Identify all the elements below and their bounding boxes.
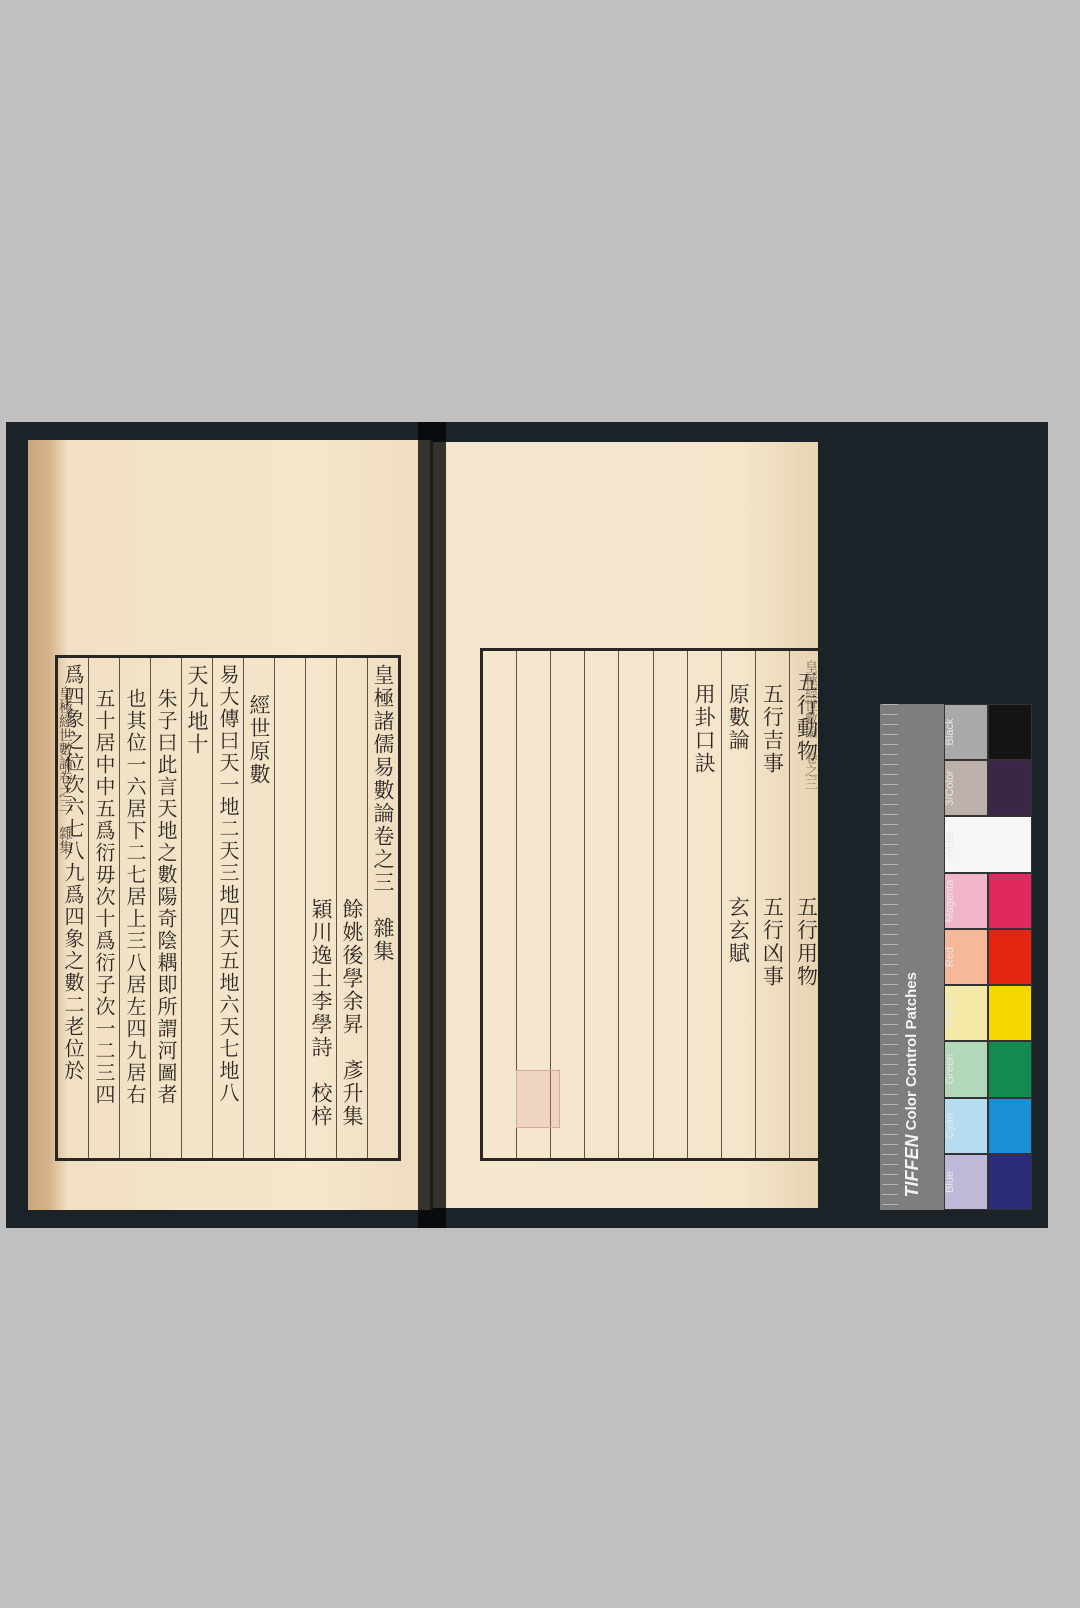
text-column: 天九地十 [181,658,212,1158]
text-column: 穎川逸士李學詩 校梓 [305,658,336,1158]
spine-shadow [418,422,446,1228]
text-column [274,658,305,1158]
toc-column: 五行吉事 五行凶事 [755,651,789,1158]
empty-column [483,651,516,1158]
seal-stamp [516,1070,560,1128]
patch-3color: 3/Color [944,760,1032,816]
empty-column [618,651,652,1158]
empty-column [584,651,618,1158]
chart-title: TIFFEN Color Control Patches [902,972,923,1198]
patch-green: Green [944,1041,1032,1097]
empty-column [653,651,687,1158]
toc-column: 用卦口訣 [687,651,721,1158]
patch-white: White [944,816,1032,872]
color-patches: Black 3/Color White Magenta Red Yellow G… [944,704,1032,1210]
text-column: 皇極諸儒易數論卷之三 雜集 [367,658,398,1158]
text-column: 五十居中中五爲衍毋次十爲衍子次一二三四 [88,658,119,1158]
text-column: 經世原數 [243,658,274,1158]
book-photograph: 皇極經世數論卷之三 雜集 皇極諸儒易數論卷之三 雜集 餘姚後學余昇 彥升集 穎川… [6,422,1048,1228]
patch-red: Red [944,929,1032,985]
patch-black: Black [944,704,1032,760]
right-fore-edge: 皇極經世數論 卷之三 [800,654,818,1154]
left-text-frame: 皇極諸儒易數論卷之三 雜集 餘姚後學余昇 彥升集 穎川逸士李學詩 校梓 經世原數… [55,655,401,1161]
patch-blue: Blue [944,1154,1032,1210]
ruler-ticks [882,704,898,1210]
centimetre-ruler: TIFFEN Color Control Patches [880,704,944,1210]
color-control-chart: TIFFEN Color Control Patches Black 3/Col… [874,684,1034,1214]
text-column: 朱子曰此言天地之數陽奇陰耦即所謂河圖者 [150,658,181,1158]
patch-cyan: Cyan [944,1098,1032,1154]
text-column: 易大傳曰天一地二天三地四天五地六天七地八 [212,658,243,1158]
patch-yellow: Yellow [944,985,1032,1041]
patch-magenta: Magenta [944,873,1032,929]
text-column: 餘姚後學余昇 彥升集 [336,658,367,1158]
left-columns: 皇極諸儒易數論卷之三 雜集 餘姚後學余昇 彥升集 穎川逸士李學詩 校梓 經世原數… [58,658,398,1158]
text-column: 也其位一六居下二七居上三八居左四九居右 [119,658,150,1158]
toc-column: 原數論 玄玄賦 [721,651,755,1158]
text-column: 爲四象之位次六七八九爲四象之數二老位於 [58,658,88,1158]
